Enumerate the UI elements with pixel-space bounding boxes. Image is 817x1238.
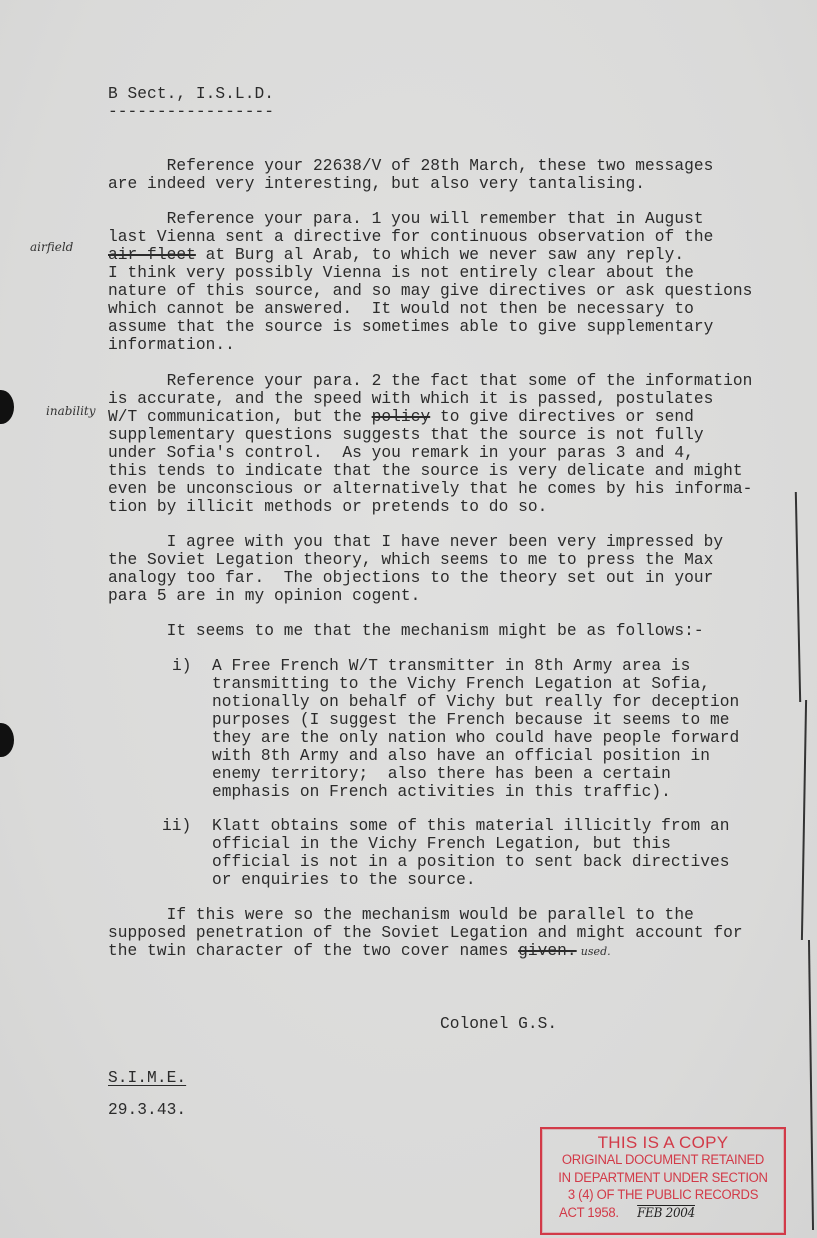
margin-note-airfield: airfield (30, 240, 73, 254)
list-item-line: transmitting to the Vichy French Legatio… (212, 675, 710, 693)
para-2-line: last Vienna sent a directive for continu… (108, 228, 713, 246)
struck-text: air fleet (108, 246, 196, 264)
punch-hole-top (0, 390, 14, 424)
date: 29.3.43. (108, 1101, 186, 1119)
stamp-line: ACT 1958.FEB 2004 (552, 1205, 775, 1223)
para-4-line: the Soviet Legation theory, which seems … (108, 551, 713, 569)
para-3-line: under Sofia's control. As you remark in … (108, 444, 694, 462)
para-3-line: even be unconscious or alternatively tha… (108, 480, 752, 498)
closing-line: the twin character of the two cover name… (108, 942, 611, 961)
list-item-line: or enquiries to the source. (212, 871, 476, 889)
archive-stamp: THIS IS A COPY ORIGINAL DOCUMENT RETAINE… (540, 1127, 786, 1235)
para-4-line: I agree with you that I have never been … (108, 533, 723, 551)
para-4-line: analogy too far. The objections to the t… (108, 569, 713, 587)
margin-line (801, 700, 807, 940)
list-item-line: purposes (I suggest the French because i… (212, 711, 730, 729)
list-item-line: A Free French W/T transmitter in 8th Arm… (212, 657, 690, 675)
para-2-line: which cannot be answered. It would not t… (108, 300, 694, 318)
addressee-underline: ----------------- (108, 103, 274, 121)
struck-text: policy (372, 408, 431, 426)
para-2-line: nature of this source, and so may give d… (108, 282, 752, 300)
margin-line (795, 492, 801, 702)
para-1-line: Reference your 22638/V of 28th March, th… (108, 157, 713, 175)
para-3-line: supplementary questions suggests that th… (108, 426, 704, 444)
list-item-line: notionally on behalf of Vichy but really… (212, 693, 739, 711)
closing-line: supposed penetration of the Soviet Legat… (108, 924, 743, 942)
origin: S.I.M.E. (108, 1069, 186, 1087)
para-4-line: para 5 are in my opinion cogent. (108, 587, 420, 605)
para-3-line: is accurate, and the speed with which it… (108, 390, 713, 408)
list-item-line: official in the Vichy French Legation, b… (212, 835, 671, 853)
list-item-line: with 8th Army and also have an official … (212, 747, 710, 765)
list-item-line: they are the only nation who could have … (212, 729, 739, 747)
document-page: B Sect., I.S.L.D. ----------------- Refe… (0, 0, 817, 1238)
stamp-line: ORIGINAL DOCUMENT RETAINED (552, 1152, 775, 1170)
list-item-line: enemy territory; also there has been a c… (212, 765, 671, 783)
margin-line (808, 940, 814, 1230)
para-2-line: Reference your para. 1 you will remember… (108, 210, 704, 228)
addressee: B Sect., I.S.L.D. (108, 85, 274, 103)
struck-text: given. (518, 942, 577, 960)
signature: Colonel G.S. (440, 1015, 557, 1033)
stamp-line: THIS IS A COPY (542, 1134, 784, 1152)
para-3-line: Reference your para. 2 the fact that som… (108, 372, 752, 390)
para-2-line: air fleet at Burg al Arab, to which we n… (108, 246, 684, 264)
list-item-line: official is not in a position to sent ba… (212, 853, 730, 871)
para-2-line: information.. (108, 336, 235, 354)
para-5-line: It seems to me that the mechanism might … (108, 622, 704, 640)
closing-line: If this were so the mechanism would be p… (108, 906, 694, 924)
stamp-line: IN DEPARTMENT UNDER SECTION (552, 1170, 775, 1188)
stamp-handwritten-date: FEB 2004 (637, 1206, 695, 1221)
list-item-line: Klatt obtains some of this material illi… (212, 817, 730, 835)
para-2-line: I think very possibly Vienna is not enti… (108, 264, 694, 282)
para-1-line: are indeed very interesting, but also ve… (108, 175, 645, 193)
stamp-line: 3 (4) OF THE PUBLIC RECORDS (552, 1187, 775, 1205)
para-3-line: W/T communication, but the policy to giv… (108, 408, 694, 426)
margin-note-inability: inability (46, 404, 96, 418)
handwritten-insert: used. (581, 945, 611, 958)
para-3-line: tion by illicit methods or pretends to d… (108, 498, 547, 516)
list-item-line: emphasis on French activities in this tr… (212, 783, 671, 801)
para-3-line: this tends to indicate that the source i… (108, 462, 743, 480)
list-marker: ii) (162, 817, 191, 835)
list-marker: i) (172, 657, 192, 675)
para-2-line: assume that the source is sometimes able… (108, 318, 713, 336)
punch-hole-bottom (0, 723, 14, 757)
